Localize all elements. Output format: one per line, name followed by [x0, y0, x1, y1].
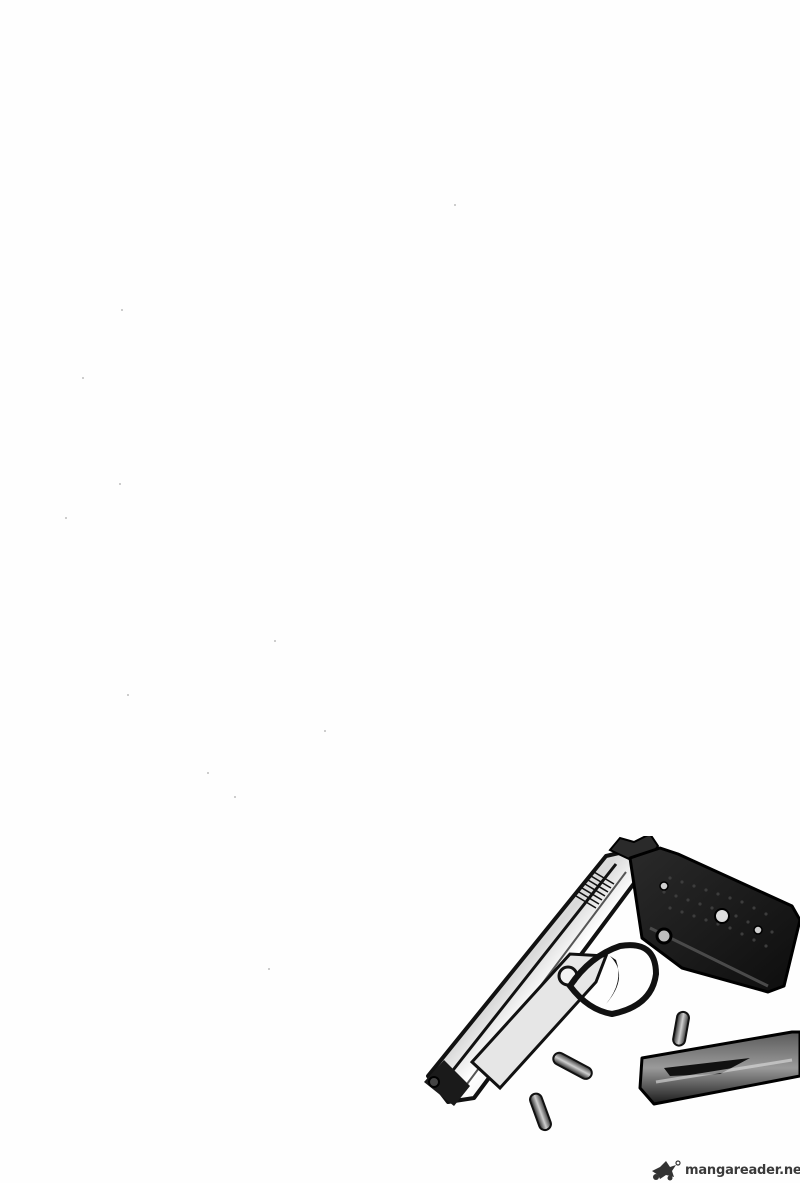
scan-speck: [119, 483, 121, 485]
scan-speck: [234, 796, 236, 798]
mangareader-logo-icon: [650, 1159, 682, 1181]
scan-speck: [268, 968, 270, 970]
scan-speck: [127, 694, 129, 696]
watermark: mangareader.net: [650, 1158, 800, 1182]
scan-speck: [121, 309, 123, 311]
bullet: [551, 1051, 594, 1081]
manga-page: mangareader.net: [0, 0, 800, 1183]
scan-speck: [324, 730, 326, 732]
scan-speck: [207, 772, 209, 774]
bullet: [672, 1011, 690, 1047]
scan-speck: [274, 640, 276, 642]
scan-speck: [82, 377, 84, 379]
pistol-illustration: [420, 836, 800, 1136]
scan-speck: [65, 517, 67, 519]
bullet: [528, 1092, 552, 1132]
scan-speck: [454, 204, 456, 206]
watermark-text: mangareader.net: [685, 1163, 800, 1178]
magazine: [640, 1032, 800, 1104]
